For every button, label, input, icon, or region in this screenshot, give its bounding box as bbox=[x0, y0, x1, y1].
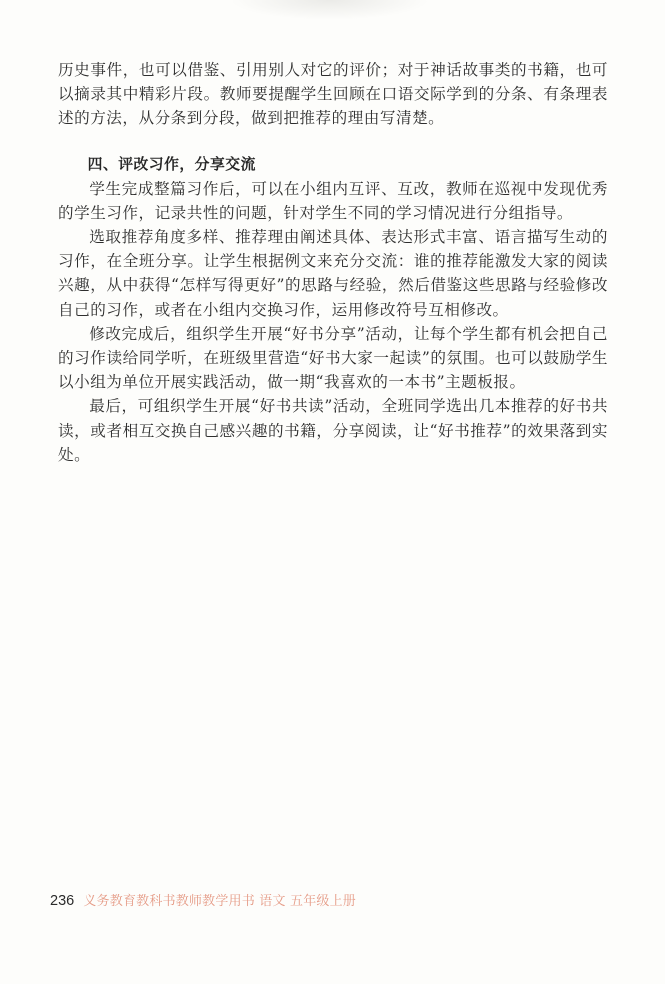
page-footer: 236 义务教育教科书教师教学用书 语文 五年级上册 bbox=[50, 890, 356, 909]
page-content: 历史事件，也可以借鉴、引用别人对它的评价；对于神话故事类的书籍，也可以摘录其中精… bbox=[58, 58, 608, 467]
book-title: 义务教育教科书教师教学用书 语文 五年级上册 bbox=[83, 894, 356, 909]
paragraph-select-share: 选取推荐角度多样、推荐理由阐述具体、表达形式丰富、语言描写生动的习作，在全班分享… bbox=[58, 225, 608, 322]
section-heading: 四、评改习作，分享交流 bbox=[58, 153, 608, 177]
paragraph-shared-reading: 最后，可组织学生开展“好书共读”活动，全班同学选出几本推荐的好书共读，或者相互交… bbox=[58, 394, 608, 467]
section-gap bbox=[58, 131, 608, 153]
page-number: 236 bbox=[50, 893, 74, 909]
scan-shadow bbox=[230, 0, 430, 20]
paragraph-book-sharing: 修改完成后，组织学生开展“好书分享”活动，让每个学生都有机会把自己的习作读给同学… bbox=[58, 322, 608, 395]
paragraph-peer-review: 学生完成整篇习作后，可以在小组内互评、互改，教师在巡视中发现优秀的学生习作，记录… bbox=[58, 177, 608, 225]
continued-paragraph: 历史事件，也可以借鉴、引用别人对它的评价；对于神话故事类的书籍，也可以摘录其中精… bbox=[58, 58, 608, 131]
